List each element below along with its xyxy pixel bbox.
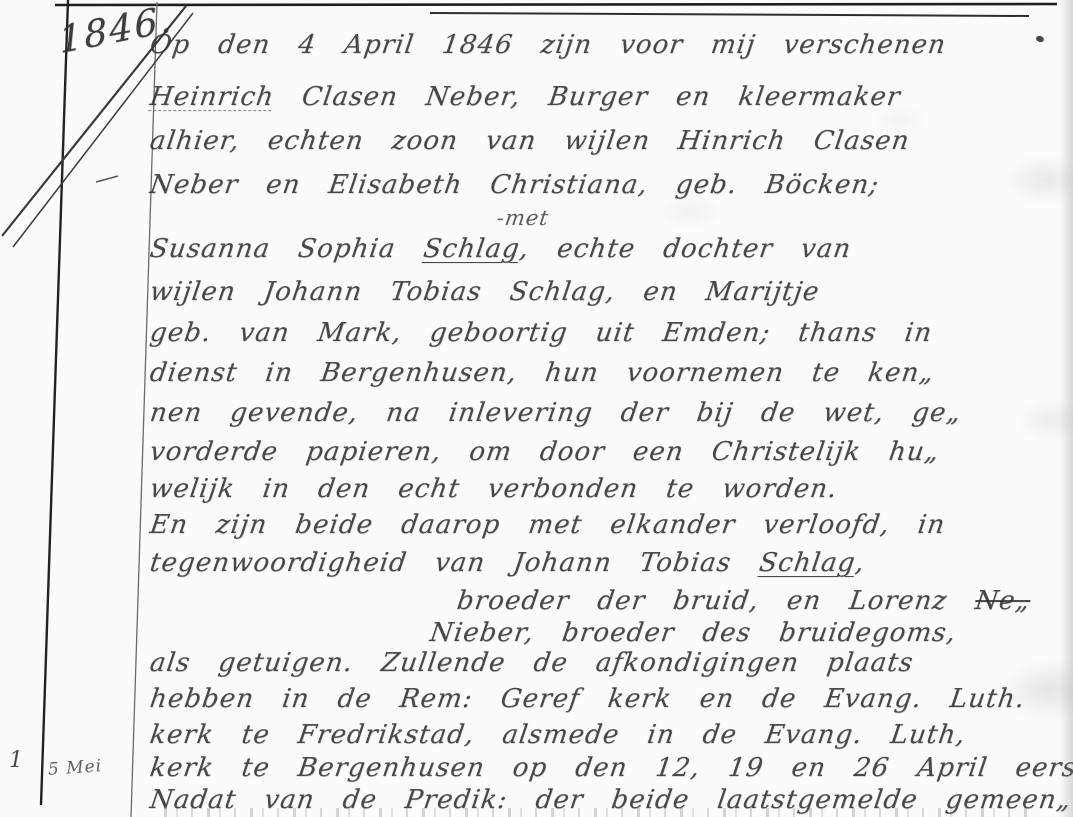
text-line: geb. van Mark, geboortig uit Emden; than… xyxy=(148,318,1073,348)
line-segment: hebben in de Rem: Geref kerk en de Evang… xyxy=(148,684,1027,714)
handwritten-entry-body: Op den 4 April 1846 zijn voor mij versch… xyxy=(0,0,1073,817)
line-segment: En zijn beide daarop met elkander verloo… xyxy=(148,510,947,540)
line-segment: welijk in den echt verbonden te worden. xyxy=(148,474,840,504)
line-segment: kerk te Fredrikstad, alsmede in de Evang… xyxy=(148,720,968,750)
line-segment: , xyxy=(853,548,867,578)
line-segment: kerk te Bergenhusen op den 12, 19 en 26 … xyxy=(148,753,1073,783)
text-line: nen gevende, na inlevering der bij de we… xyxy=(148,398,1073,428)
text-line: kerk te Fredrikstad, alsmede in de Evang… xyxy=(148,720,1073,750)
text-line: Nieber, broeder des bruidegoms, xyxy=(428,618,1073,648)
text-line: En zijn beide daarop met elkander verloo… xyxy=(148,510,1073,540)
text-line: broeder der bruid, en Lorenz Ne„ xyxy=(455,586,1073,616)
line-segment: tegenwoordigheid van Johann Tobias xyxy=(148,548,761,578)
line-segment-struck: Ne„ xyxy=(973,586,1032,616)
line-segment: nen gevende, na inlevering der bij de we… xyxy=(148,398,963,428)
scan-edge-shadow xyxy=(1059,0,1073,817)
text-line: Neber en Elisabeth Christiana, geb. Böck… xyxy=(148,170,1073,200)
line-segment: Op den 4 April 1846 zijn voor mij versch… xyxy=(148,30,948,60)
text-line: wijlen Johann Tobias Schlag, en Marijtje xyxy=(148,277,1073,307)
line-segment: als getuigen. Zullende de afkondigingen … xyxy=(148,648,916,678)
text-line: welijk in den echt verbonden te worden. xyxy=(148,474,1073,504)
line-segment: Clasen Neber, Burger en kleermaker xyxy=(272,82,903,112)
text-line: kerk te Bergenhusen op den 12, 19 en 26 … xyxy=(148,753,1073,783)
text-line: Heinrich Clasen Neber, Burger en kleerma… xyxy=(148,82,1073,112)
text-line: tegenwoordigheid van Johann Tobias Schla… xyxy=(148,548,1073,578)
text-line: hebben in de Rem: Geref kerk en de Evang… xyxy=(148,684,1073,714)
line-segment: , echte dochter van xyxy=(518,234,854,264)
line-segment: Nieber, broeder des bruidegoms, xyxy=(428,618,958,648)
register-page-scan: 1846. 1 5 Mei Op den 4 April 1846 zijn v… xyxy=(0,0,1073,817)
line-segment: Susanna Sophia xyxy=(148,234,426,264)
text-line: Op den 4 April 1846 zijn voor mij versch… xyxy=(148,30,1073,60)
line-segment: dienst in Bergenhusen, hun voornemen te … xyxy=(148,358,936,388)
line-segment: alhier, echten zoon van wijlen Hinrich C… xyxy=(148,126,912,156)
line-segment: vorderde papieren, om door een Christeli… xyxy=(148,437,941,467)
line-segment: broeder der bruid, en Lorenz xyxy=(455,586,977,616)
line-segment: Neber en Elisabeth Christiana, geb. Böck… xyxy=(148,170,881,200)
text-line: alhier, echten zoon van wijlen Hinrich C… xyxy=(148,126,1073,156)
line-segment-underlined: Schlag xyxy=(757,548,857,578)
interlinear-insertion-met: -met xyxy=(495,206,550,230)
text-line: dienst in Bergenhusen, hun voornemen te … xyxy=(148,358,1073,388)
line-segment: geb. van Mark, geboortig uit Emden; than… xyxy=(148,318,934,348)
text-line: als getuigen. Zullende de afkondigingen … xyxy=(148,648,1073,678)
line-segment-underlined: Schlag xyxy=(422,234,522,264)
text-line: vorderde papieren, om door een Christeli… xyxy=(148,437,1073,467)
text-line: Susanna Sophia Schlag, echte dochter van xyxy=(148,234,1073,264)
clipped-text-line xyxy=(150,808,1030,817)
line-segment-underlined: Heinrich xyxy=(148,82,276,112)
line-segment: wijlen Johann Tobias Schlag, en Marijtje xyxy=(148,277,822,307)
